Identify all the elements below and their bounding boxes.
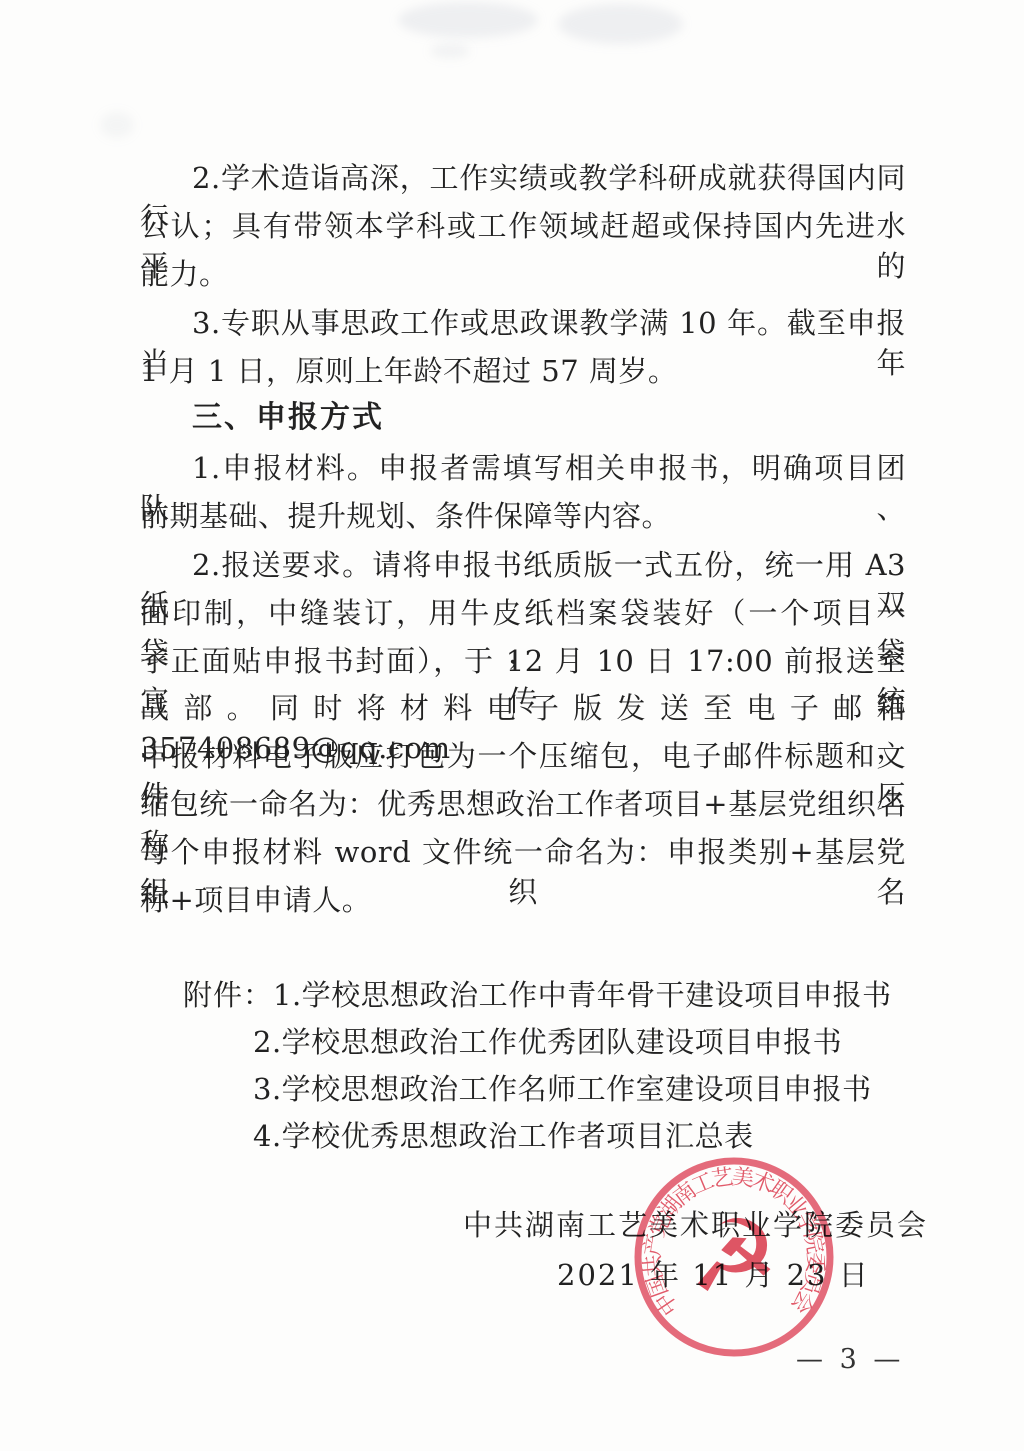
paragraph-line: 1 月 1 日，原则上年龄不超过 57 周岁。 xyxy=(140,351,906,391)
section-heading: 三、申报方式 xyxy=(140,398,906,438)
attachment-list-item: 4.学校优秀思想政治工作者项目汇总表 xyxy=(253,1116,906,1156)
issue-date: 2021 年 11 月 23 日 xyxy=(557,1253,870,1294)
attachment-list-item: 3.学校思想政治工作名师工作室建设项目申报书 xyxy=(253,1069,906,1109)
scan-smudge xyxy=(558,4,683,44)
attachment-list-item: 附件：1.学校思想政治工作中青年骨干建设项目申报书 xyxy=(183,975,906,1015)
scan-smudge xyxy=(398,2,538,38)
attachments-label: 附件： xyxy=(183,978,273,1012)
attachment-title: 1.学校思想政治工作中青年骨干建设项目申报书 xyxy=(273,978,892,1012)
paragraph-line: 称+项目申请人。 xyxy=(140,880,906,920)
issuing-organization: 中共湖南工艺美术职业学院委员会 xyxy=(463,1203,928,1244)
scan-smudge xyxy=(100,112,134,138)
page-number: — 3 — xyxy=(796,1344,904,1375)
attachment-list-item: 2.学校思想政治工作优秀团队建设项目申报书 xyxy=(253,1022,906,1062)
scan-smudge xyxy=(430,44,470,58)
paragraph-line: 前期基础、提升规划、条件保障等内容。 xyxy=(140,496,906,536)
scanned-document-page: 2.学术造诣高深，工作实绩或教学科研成就获得国内同行 公认；具有带领本学科或工作… xyxy=(0,0,1024,1451)
paragraph-line: 能力。 xyxy=(140,254,906,294)
